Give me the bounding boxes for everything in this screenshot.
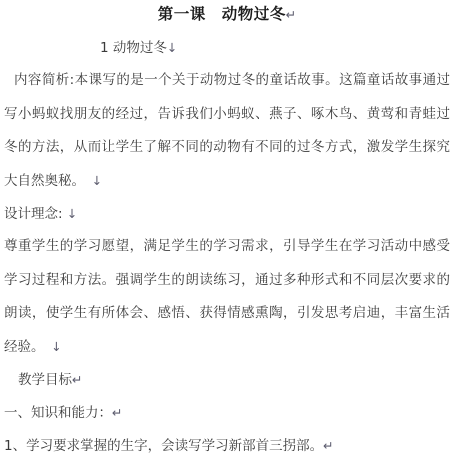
content-analysis-line-2: 写小蚂蚁找朋友的经过，告诉我们小蚂蚁、燕子、啄木鸟、黄莺和青蛙过 [4,98,450,131]
design-concept-heading-line: 设计理念: ↓ [4,197,450,230]
knowledge-ability-heading-line: 一、知识和能力：↵ [4,396,450,429]
line-break-mark: ↓ [167,40,177,55]
lesson-title-text: 第一课 动物过冬 [158,5,286,23]
lesson-title-line: 第一课 动物过冬↵ [4,0,450,31]
body-text: 1、学习要求掌握的生字，会读写学习新部首三拐部。 [4,438,323,454]
document-page[interactable]: 第一课 动物过冬↵ 1 动物过冬↓ 内容简析:本课写的是一个关于动物过冬的童话故… [0,0,453,458]
body-text: 朗读，使学生有所体会、感悟、获得情感熏陶，引发思考启迪，丰富生活 [4,305,450,321]
body-text: 经验。 [4,339,51,355]
line-break-mark: ↓ [92,173,102,188]
body-text: 冬的方法，从而让学生了解不同的动物有不同的过冬方式，激发学生探究 [4,139,450,155]
objective-item-1-line: 1、学习要求掌握的生字，会读写学习新部首三拐部。↵ [4,429,450,458]
heading-text: 设计理念: [4,206,67,222]
body-text: 尊重学生的学习愿望，满足学生的学习需求，引导学生在学习活动中感受 [4,238,450,254]
design-concept-line-3: 朗读，使学生有所体会、感悟、获得情感熏陶，引发思考启迪，丰富生活 [4,297,450,330]
paragraph-mark: ↵ [286,7,296,22]
body-text: 内容简析:本课写的是一个关于动物过冬的童话故事。这篇童话故事通过 [14,72,450,88]
paragraph-mark: ↵ [112,405,122,420]
lesson-number-text: 1 动物过冬 [100,40,167,56]
teaching-objectives-heading-line: 教学目标↵ [4,363,450,396]
body-text: 大自然奥秘。 [4,173,92,189]
paragraph-mark: ↵ [323,438,333,453]
heading-text: 一、知识和能力： [4,405,112,421]
body-text: 写小蚂蚁找朋友的经过，告诉我们小蚂蚁、燕子、啄木鸟、黄莺和青蛙过 [4,106,450,122]
content-analysis-line-3: 冬的方法，从而让学生了解不同的动物有不同的过冬方式，激发学生探究 [4,131,450,164]
design-concept-line-1: 尊重学生的学习愿望，满足学生的学习需求，引导学生在学习活动中感受 [4,230,450,263]
line-break-mark: ↓ [67,206,77,221]
heading-text: 教学目标 [18,372,72,388]
line-break-mark: ↓ [51,339,61,354]
design-concept-line-2: 学习过程和方法。强调学生的朗读练习，通过多种形式和不同层次要求的 [4,264,450,297]
design-concept-line-4: 经验。 ↓ [4,330,450,363]
body-text: 学习过程和方法。强调学生的朗读练习，通过多种形式和不同层次要求的 [4,272,450,288]
lesson-number-line: 1 动物过冬↓ [4,31,450,64]
content-analysis-line-1: 内容简析:本课写的是一个关于动物过冬的童话故事。这篇童话故事通过 [4,64,450,97]
content-analysis-line-4: 大自然奥秘。 ↓ [4,164,450,197]
paragraph-mark: ↵ [72,372,82,387]
